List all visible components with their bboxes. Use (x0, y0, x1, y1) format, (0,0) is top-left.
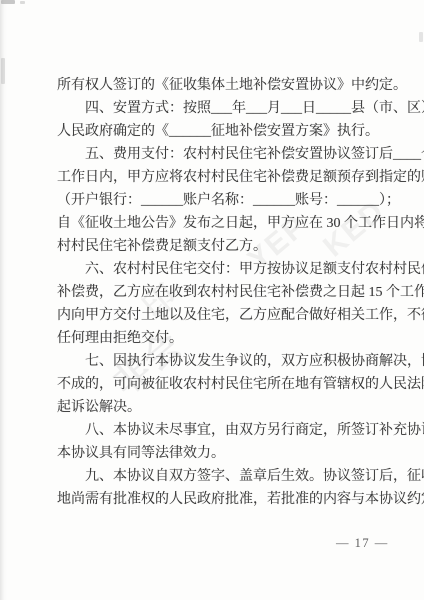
document-line: 补偿费，乙方应在收到农村村民住宅补偿费之日起 15 个工作日 (57, 281, 399, 304)
document-line: 自《征收土地公告》发布之日起，甲方应在 30 个工作日内将农 (57, 212, 399, 235)
document-line: 工作日内，甲方应将农村村民住宅补偿费足额预存到指定的账户 (57, 166, 399, 189)
document-line-clause-7: 七、因执行本协议发生争议的，双方应积极协商解决，协商 (57, 350, 399, 373)
scan-speck (419, 32, 423, 42)
scan-speck (20, 1, 25, 4)
scanned-document-page: YEP KED 非会 印 所有权人签订的《征收集体土地补偿安置协议》中约定。 四… (0, 0, 424, 600)
document-line: 所有权人签订的《征收集体土地补偿安置协议》中约定。 (57, 74, 399, 97)
document-line-clause-8: 八、本协议未尽事宜，由双方另行商定，所签订补充协议与 (57, 419, 399, 442)
document-line: 村村民住宅补偿费足额支付乙方。 (57, 235, 399, 258)
document-line: 人民政府确定的《______征地补偿安置方案》执行。 (57, 120, 399, 143)
contract-text-block: 所有权人签订的《征收集体土地补偿安置协议》中约定。 四、安置方式：按照___年_… (57, 74, 399, 511)
scan-speck (1, 58, 5, 84)
document-line-clause-6: 六、农村村民住宅交付：甲方按协议足额支付农村村民住宅 (57, 258, 399, 281)
document-line-clause-4: 四、安置方式：按照___年___月___日_____县（市、区） (57, 97, 399, 120)
document-line: 地尚需有批准权的人民政府批准，若批准的内容与本协议约定不 (57, 488, 399, 511)
document-line-clause-5: 五、费用支付：农村村民住宅补偿安置协议签订后____个 (57, 143, 399, 166)
document-line-bank-blanks: （开户银行：______账户名称：______账号：______）； (57, 189, 399, 212)
document-line: 任何理由拒绝交付。 (57, 327, 399, 350)
document-line: 内向甲方交付土地以及住宅，乙方应配合做好相关工作，不得以 (57, 304, 399, 327)
scan-edge-smudge (0, 0, 7, 600)
document-line: 不成的，可向被征收农村村民住宅所在地有管辖权的人民法院提 (57, 373, 399, 396)
document-line: 起诉讼解决。 (57, 396, 399, 419)
scan-speck (1, 0, 15, 4)
document-line: 本协议具有同等法律效力。 (57, 442, 399, 465)
document-line-clause-9: 九、本协议自双方签字、盖章后生效。协议签订后，征收土 (57, 465, 399, 488)
page-number: — 17 — (336, 536, 389, 551)
